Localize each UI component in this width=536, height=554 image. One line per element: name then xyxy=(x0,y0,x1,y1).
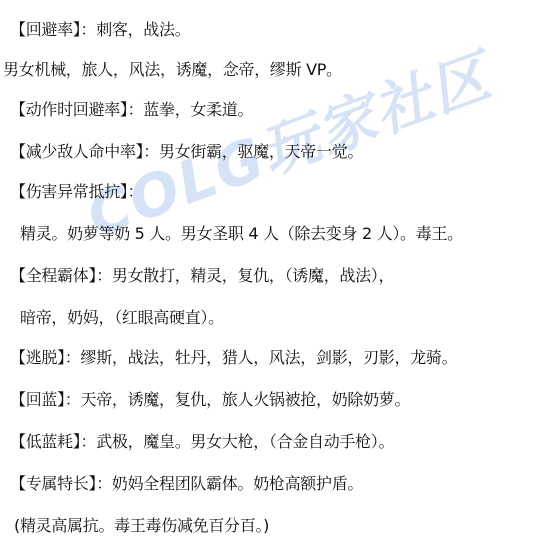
document-page: COLG玩家社区 【回避率】：刺客，战法。 男女机械，旅人，风法，诱魔，念帝，缪… xyxy=(0,0,536,554)
text-line-status-resist: 【伤害异常抵抗】： xyxy=(10,182,143,202)
text-line-evasion: 【回避率】：刺客，战法。 xyxy=(10,20,190,40)
text-line-super-armor: 【全程霸体】：男女散打，精灵，复仇，（诱魔，战法）， xyxy=(10,266,394,286)
text-line-special-traits: 【专属特长】：奶妈全程团队霸体。奶枪高额护盾。 xyxy=(10,474,363,494)
text-line-super-armor-classes: 暗帝，奶妈，（红眼高硬直）。 xyxy=(20,308,224,328)
text-line-evasion-classes: 男女机械，旅人，风法，诱魔，念帝，缪斯 VP。 xyxy=(3,60,342,80)
text-line-reduce-hit-rate: 【减少敌人命中率】：男女街霸，驱魔，天帝一觉。 xyxy=(10,142,363,162)
text-line-action-evasion: 【动作时回避率】：蓝拳，女柔道。 xyxy=(10,100,253,120)
text-line-low-mp-cost: 【低蓝耗】：武极，魔皇。男女大枪，（合金自动手枪）。 xyxy=(10,432,394,452)
text-line-mp-recovery: 【回蓝】：天帝，诱魔，复仇，旅人火锅被抢，奶除奶萝。 xyxy=(10,390,410,410)
text-line-escape: 【逃脱】：缪斯，战法，牡丹，猎人，风法，剑影，刃影，龙骑。 xyxy=(10,348,457,368)
text-line-special-traits-note: (精灵高属抗。毒王毒伤减免百分百。) xyxy=(14,516,269,536)
text-line-status-resist-classes: 精灵。奶萝等奶 5 人。男女圣职 4 人（除去变身 2 人）。毒王。 xyxy=(20,224,463,244)
